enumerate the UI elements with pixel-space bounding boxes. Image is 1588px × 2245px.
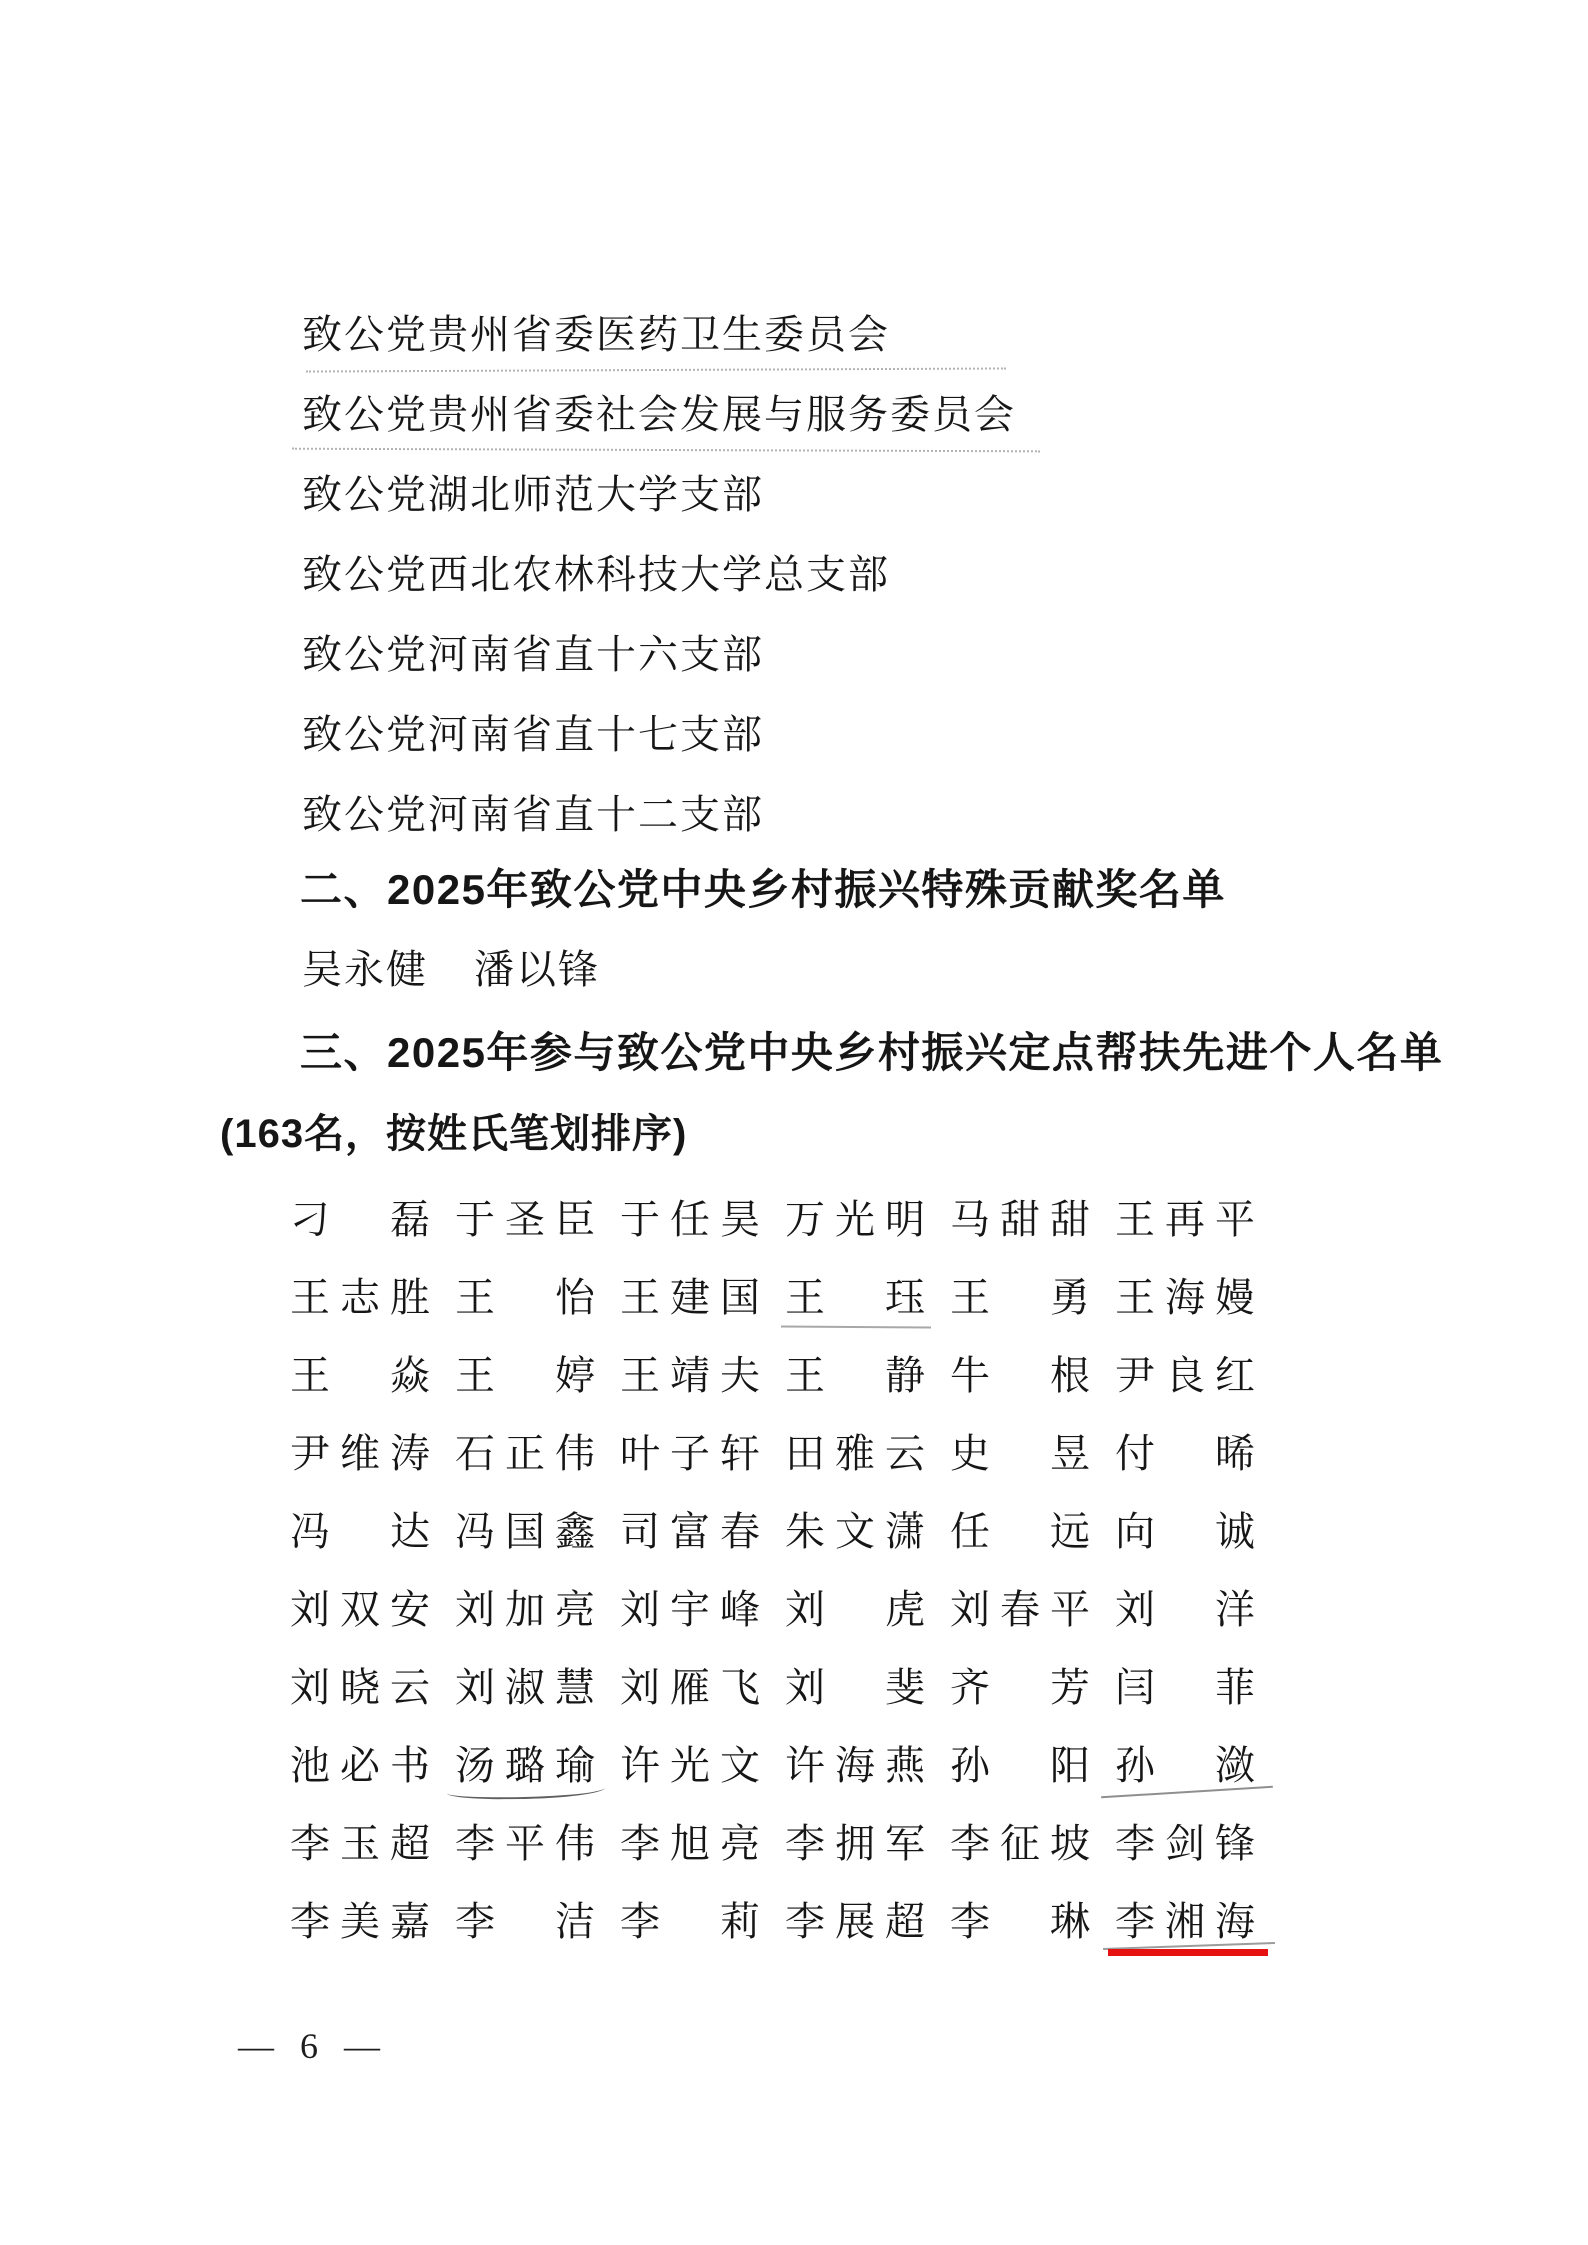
person-name: 刘加亮: [455, 1590, 595, 1632]
name-grid-row: 尹维涛石正伟叶子轩田雅云史昱付晞: [0, 1434, 1588, 1476]
person-name-char: 昱: [1050, 1434, 1090, 1476]
person-name-char: 司: [620, 1512, 660, 1554]
org-name: 致公党西北农林科技大学总支部: [302, 552, 890, 597]
person-name: 王海嫚: [1115, 1278, 1255, 1320]
person-name-char: 勇: [1050, 1278, 1090, 1320]
person-name-char: 刘: [455, 1590, 495, 1632]
person-name: 刁磊: [290, 1200, 430, 1242]
person-name-char: 飞: [720, 1668, 760, 1710]
person-name-char: 付: [1115, 1434, 1155, 1476]
person-name-char: 国: [505, 1512, 545, 1554]
person-name-char: 向: [1115, 1512, 1155, 1554]
person-name-char: 美: [340, 1902, 380, 1944]
awardee-name: 吴永健: [302, 947, 428, 992]
person-name-char: 光: [670, 1746, 710, 1788]
person-name-char: 马: [950, 1200, 990, 1242]
person-name-char: 任: [670, 1200, 710, 1242]
person-name-char: 圣: [505, 1200, 545, 1242]
person-name-char: 李: [620, 1902, 660, 1944]
person-name-char: 斐: [885, 1668, 925, 1710]
name-grid-row: 刁磊于圣臣于任昊万光明马甜甜王再平: [0, 1200, 1588, 1242]
person-name: 王珏: [785, 1278, 925, 1320]
person-name: 孙阳: [950, 1746, 1090, 1788]
person-name-char: 王: [620, 1356, 660, 1398]
person-name: 万光明: [785, 1200, 925, 1242]
person-name: 李展超: [785, 1902, 925, 1944]
person-name-char: 刁: [290, 1200, 330, 1242]
person-name: 于圣臣: [455, 1200, 595, 1242]
person-name-char: 平: [505, 1824, 545, 1866]
org-list-item: 致公党河南省直十七支部: [302, 715, 764, 755]
person-name-char: 超: [390, 1824, 430, 1866]
person-name: 向诚: [1115, 1512, 1255, 1554]
person-name-char: 叶: [620, 1434, 660, 1476]
person-name: 王焱: [290, 1356, 430, 1398]
org-name: 致公党贵州省委医药卫生委员会: [302, 312, 890, 357]
person-name-char: 雁: [670, 1668, 710, 1710]
person-name: 李玉超: [290, 1824, 430, 1866]
page-number-value: 6: [300, 2026, 318, 2066]
person-name-char: 许: [785, 1746, 825, 1788]
person-name-char: 宇: [670, 1590, 710, 1632]
org-list-item: 致公党湖北师范大学支部: [302, 475, 764, 515]
person-name-char: 李: [620, 1824, 660, 1866]
person-name-char: 李: [785, 1902, 825, 1944]
person-name: 闫菲: [1115, 1668, 1255, 1710]
person-name-char: 富: [670, 1512, 710, 1554]
person-name-char: 淑: [505, 1668, 545, 1710]
person-name-char: 海: [1215, 1902, 1255, 1944]
person-name-char: 莉: [720, 1902, 760, 1944]
person-name: 刘春平: [950, 1590, 1090, 1632]
person-name-char: 王: [950, 1278, 990, 1320]
name-grid-row: 刘晓云刘淑慧刘雁飞刘斐齐芳闫菲: [0, 1668, 1588, 1710]
person-name-char: 湘: [1165, 1902, 1205, 1944]
scan-underline-artifact: [292, 448, 1040, 455]
person-name: 齐芳: [950, 1668, 1090, 1710]
org-list-item: 致公党河南省直十六支部: [302, 635, 764, 675]
org-list-item: 致公党河南省直十二支部: [302, 795, 764, 835]
person-name-char: 李: [1115, 1824, 1155, 1866]
person-name: 王再平: [1115, 1200, 1255, 1242]
person-name: 李湘海: [1115, 1902, 1255, 1944]
person-name-char: 双: [340, 1590, 380, 1632]
person-name: 许海燕: [785, 1746, 925, 1788]
person-name-char: 伟: [555, 1434, 595, 1476]
person-name-char: 再: [1165, 1200, 1205, 1242]
person-name-char: 晞: [1215, 1434, 1255, 1476]
person-name-char: 刘: [290, 1668, 330, 1710]
person-name: 田雅云: [785, 1434, 925, 1476]
person-name-char: 万: [785, 1200, 825, 1242]
person-name-char: 磊: [390, 1200, 430, 1242]
person-name-char: 刘: [290, 1590, 330, 1632]
person-name-char: 珏: [885, 1278, 925, 1320]
person-name-char: 嘉: [390, 1902, 430, 1944]
person-name-char: 刘: [785, 1590, 825, 1632]
person-name-char: 李: [290, 1902, 330, 1944]
page-number: —6—: [238, 2028, 380, 2064]
person-name: 王静: [785, 1356, 925, 1398]
person-name-char: 甜: [1000, 1200, 1040, 1242]
person-name-char: 静: [885, 1356, 925, 1398]
person-name-char: 轩: [720, 1434, 760, 1476]
org-name: 致公党湖北师范大学支部: [302, 472, 764, 517]
person-name-char: 云: [885, 1434, 925, 1476]
person-name: 刘洋: [1115, 1590, 1255, 1632]
person-name-char: 田: [785, 1434, 825, 1476]
person-name-char: 王: [455, 1356, 495, 1398]
org-name: 致公党河南省直十六支部: [302, 632, 764, 677]
person-name-char: 光: [835, 1200, 875, 1242]
person-name-char: 昊: [720, 1200, 760, 1242]
person-name-char: 王: [1115, 1200, 1155, 1242]
person-name: 冯达: [290, 1512, 430, 1554]
person-name-char: 良: [1165, 1356, 1205, 1398]
org-name: 致公党河南省直十二支部: [302, 792, 764, 837]
name-grid-row: 王焱王婷王靖夫王静牛根尹良红: [0, 1356, 1588, 1398]
org-list-item: 致公党贵州省委医药卫生委员会: [302, 315, 890, 355]
person-name: 李剑锋: [1115, 1824, 1255, 1866]
org-list-item: 致公党贵州省委社会发展与服务委员会: [302, 395, 1016, 435]
person-name-char: 潇: [885, 1512, 925, 1554]
person-name-char: 王: [620, 1278, 660, 1320]
person-name-char: 洁: [555, 1902, 595, 1944]
person-name-char: 刘: [785, 1668, 825, 1710]
person-name: 尹维涛: [290, 1434, 430, 1476]
person-name-char: 锋: [1215, 1824, 1255, 1866]
person-name-char: 任: [950, 1512, 990, 1554]
person-name-char: 根: [1050, 1356, 1090, 1398]
person-name: 付晞: [1115, 1434, 1255, 1476]
scan-underline-artifact: [306, 367, 1006, 374]
person-name-char: 怡: [555, 1278, 595, 1320]
person-name: 池必书: [290, 1746, 430, 1788]
person-name-char: 靖: [670, 1356, 710, 1398]
person-name: 孙潋: [1115, 1746, 1255, 1788]
person-name-char: 红: [1215, 1356, 1255, 1398]
person-name-char: 峰: [720, 1590, 760, 1632]
person-name-char: 子: [670, 1434, 710, 1476]
person-name-char: 海: [835, 1746, 875, 1788]
person-name-char: 尹: [1115, 1356, 1155, 1398]
person-name-char: 李: [290, 1824, 330, 1866]
person-name-char: 于: [620, 1200, 660, 1242]
person-name-char: 安: [390, 1590, 430, 1632]
org-list-item: 致公党西北农林科技大学总支部: [302, 555, 890, 595]
person-name: 司富春: [620, 1512, 760, 1554]
person-name: 刘双安: [290, 1590, 430, 1632]
person-name-char: 王: [290, 1278, 330, 1320]
person-name: 冯国鑫: [455, 1512, 595, 1554]
person-name-char: 海: [1165, 1278, 1205, 1320]
person-name-char: 胜: [390, 1278, 430, 1320]
person-name-char: 建: [670, 1278, 710, 1320]
person-name: 刘斐: [785, 1668, 925, 1710]
person-name-char: 平: [1215, 1200, 1255, 1242]
person-name: 任远: [950, 1512, 1090, 1554]
person-name-char: 夫: [720, 1356, 760, 1398]
org-name: 致公党贵州省委社会发展与服务委员会: [302, 392, 1016, 437]
org-name: 致公党河南省直十七支部: [302, 712, 764, 757]
person-name-char: 尹: [290, 1434, 330, 1476]
person-name-char: 史: [950, 1434, 990, 1476]
person-name-char: 朱: [785, 1512, 825, 1554]
section-3-heading: 三、2025年参与致公党中央乡村振兴定点帮扶先进个人名单: [300, 1032, 1443, 1074]
section-2-heading: 二、2025年致公党中央乡村振兴特殊贡献奖名单: [300, 869, 1226, 911]
page-number-dash-left: —: [238, 2026, 274, 2066]
person-name-char: 王: [785, 1356, 825, 1398]
person-name: 李旭亮: [620, 1824, 760, 1866]
person-name-char: 虎: [885, 1590, 925, 1632]
person-name-char: 鑫: [555, 1512, 595, 1554]
person-name: 王志胜: [290, 1278, 430, 1320]
person-name: 刘雁飞: [620, 1668, 760, 1710]
person-name-char: 文: [720, 1746, 760, 1788]
person-name-char: 李: [455, 1902, 495, 1944]
person-name-char: 婷: [555, 1356, 595, 1398]
person-name-char: 王: [1115, 1278, 1155, 1320]
person-name: 许光文: [620, 1746, 760, 1788]
person-name: 刘晓云: [290, 1668, 430, 1710]
person-name: 刘宇峰: [620, 1590, 760, 1632]
person-name-char: 平: [1050, 1590, 1090, 1632]
person-name-char: 军: [885, 1824, 925, 1866]
person-name-char: 书: [390, 1746, 430, 1788]
person-name-char: 刘: [1115, 1590, 1155, 1632]
person-name: 王建国: [620, 1278, 760, 1320]
person-name-char: 菲: [1215, 1668, 1255, 1710]
name-grid-row: 李玉超李平伟李旭亮李拥军李征坡李剑锋: [0, 1824, 1588, 1866]
person-name-char: 孙: [950, 1746, 990, 1788]
person-name-char: 燕: [885, 1746, 925, 1788]
person-name-char: 明: [885, 1200, 925, 1242]
person-name-char: 文: [835, 1512, 875, 1554]
person-name-char: 闫: [1115, 1668, 1155, 1710]
person-name: 李琳: [950, 1902, 1090, 1944]
person-name-char: 达: [390, 1512, 430, 1554]
person-name: 马甜甜: [950, 1200, 1090, 1242]
person-name: 刘淑慧: [455, 1668, 595, 1710]
person-name-char: 剑: [1165, 1824, 1205, 1866]
person-name-char: 刘: [950, 1590, 990, 1632]
person-name-char: 瑜: [555, 1746, 595, 1788]
person-name: 李洁: [455, 1902, 595, 1944]
person-name-char: 潋: [1215, 1746, 1255, 1788]
person-name-char: 展: [835, 1902, 875, 1944]
person-name: 李美嘉: [290, 1902, 430, 1944]
person-name-char: 阳: [1050, 1746, 1090, 1788]
page-number-dash-right: —: [344, 2026, 380, 2066]
person-name: 史昱: [950, 1434, 1090, 1476]
person-name-char: 征: [1000, 1824, 1040, 1866]
person-name-char: 慧: [555, 1668, 595, 1710]
person-name-char: 雅: [835, 1434, 875, 1476]
person-name: 李拥军: [785, 1824, 925, 1866]
person-name-char: 维: [340, 1434, 380, 1476]
person-name-char: 牛: [950, 1356, 990, 1398]
person-name-char: 李: [950, 1824, 990, 1866]
person-name-char: 正: [505, 1434, 545, 1476]
name-grid-row: 池必书汤璐瑜许光文许海燕孙阳孙潋: [0, 1746, 1588, 1788]
name-grid-row: 王志胜王怡王建国王珏王勇王海嫚: [0, 1278, 1588, 1320]
person-name: 于任昊: [620, 1200, 760, 1242]
person-name-char: 李: [455, 1824, 495, 1866]
person-name-char: 涛: [390, 1434, 430, 1476]
person-name-char: 汤: [455, 1746, 495, 1788]
person-name-char: 春: [720, 1512, 760, 1554]
person-name: 王婷: [455, 1356, 595, 1398]
person-name-char: 许: [620, 1746, 660, 1788]
person-name-char: 李: [1115, 1902, 1155, 1944]
person-name-char: 于: [455, 1200, 495, 1242]
person-name-char: 云: [390, 1668, 430, 1710]
person-name-char: 王: [785, 1278, 825, 1320]
person-name: 刘虎: [785, 1590, 925, 1632]
person-name: 汤璐瑜: [455, 1746, 595, 1788]
person-name-char: 孙: [1115, 1746, 1155, 1788]
person-name: 叶子轩: [620, 1434, 760, 1476]
person-name-char: 志: [340, 1278, 380, 1320]
person-name-char: 芳: [1050, 1668, 1090, 1710]
person-name-char: 石: [455, 1434, 495, 1476]
person-name-char: 王: [455, 1278, 495, 1320]
person-name-char: 齐: [950, 1668, 990, 1710]
person-name: 王靖夫: [620, 1356, 760, 1398]
person-name-char: 甜: [1050, 1200, 1090, 1242]
person-name-char: 旭: [670, 1824, 710, 1866]
person-name-char: 伟: [555, 1824, 595, 1866]
award-names-row: 吴永健潘以锋: [302, 950, 600, 990]
person-name-char: 必: [340, 1746, 380, 1788]
person-name-char: 玉: [340, 1824, 380, 1866]
person-name-char: 亮: [555, 1590, 595, 1632]
person-name: 石正伟: [455, 1434, 595, 1476]
person-name-char: 晓: [340, 1668, 380, 1710]
person-name: 朱文潇: [785, 1512, 925, 1554]
person-name-char: 洋: [1215, 1590, 1255, 1632]
name-grid-row: 刘双安刘加亮刘宇峰刘虎刘春平刘洋: [0, 1590, 1588, 1632]
person-name: 王勇: [950, 1278, 1090, 1320]
person-name-char: 诚: [1215, 1512, 1255, 1554]
person-name-char: 加: [505, 1590, 545, 1632]
person-name-char: 琳: [1050, 1902, 1090, 1944]
section-3-subtitle: (163名，按姓氏笔划排序): [220, 1114, 687, 1154]
person-name-char: 王: [290, 1356, 330, 1398]
person-name-char: 刘: [620, 1590, 660, 1632]
person-name-char: 臣: [555, 1200, 595, 1242]
person-name-char: 坡: [1050, 1824, 1090, 1866]
person-name-char: 超: [885, 1902, 925, 1944]
person-name-char: 刘: [620, 1668, 660, 1710]
person-name: 李莉: [620, 1902, 760, 1944]
person-name: 尹良红: [1115, 1356, 1255, 1398]
person-name-char: 远: [1050, 1512, 1090, 1554]
person-name-char: 亮: [720, 1824, 760, 1866]
document-page: 致公党贵州省委医药卫生委员会 致公党贵州省委社会发展与服务委员会 致公党湖北师范…: [0, 0, 1588, 2245]
person-name-char: 冯: [290, 1512, 330, 1554]
person-name: 牛根: [950, 1356, 1090, 1398]
person-name-char: 拥: [835, 1824, 875, 1866]
person-name-char: 冯: [455, 1512, 495, 1554]
person-name-char: 李: [785, 1824, 825, 1866]
person-name-char: 刘: [455, 1668, 495, 1710]
person-name: 李征坡: [950, 1824, 1090, 1866]
person-name-char: 池: [290, 1746, 330, 1788]
person-name-char: 国: [720, 1278, 760, 1320]
person-name-char: 嫚: [1215, 1278, 1255, 1320]
name-grid-row: 李美嘉李洁李莉李展超李琳李湘海: [0, 1902, 1588, 1944]
person-name-char: 春: [1000, 1590, 1040, 1632]
person-name: 李平伟: [455, 1824, 595, 1866]
awardee-name: 潘以锋: [474, 947, 600, 992]
name-grid-row: 冯达冯国鑫司富春朱文潇任远向诚: [0, 1512, 1588, 1554]
person-name-char: 璐: [505, 1746, 545, 1788]
person-name-char: 李: [950, 1902, 990, 1944]
person-name-char: 焱: [390, 1356, 430, 1398]
person-name: 王怡: [455, 1278, 595, 1320]
